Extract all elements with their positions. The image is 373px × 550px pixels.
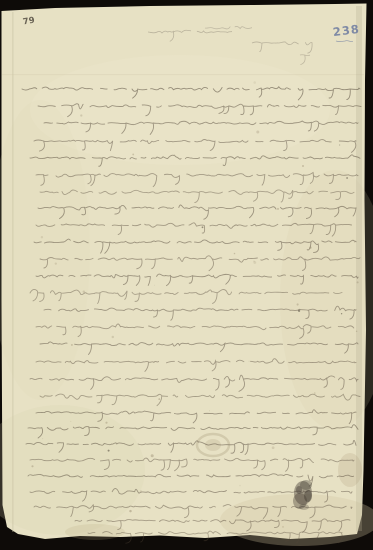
paper-speck <box>42 438 43 439</box>
paper-speck <box>239 485 240 486</box>
paper-speck <box>55 262 57 264</box>
folio-number: 79 <box>22 16 35 28</box>
paper-speck <box>140 490 142 492</box>
paper-speck <box>41 236 43 238</box>
paper-speck <box>174 154 175 155</box>
paper-speck <box>132 153 134 155</box>
right-edge-shadow <box>356 6 362 531</box>
paper-speck <box>234 253 236 255</box>
vertical-fold-crease <box>12 12 14 532</box>
paper-speck <box>356 331 357 332</box>
paper-speck <box>83 291 85 293</box>
paper-speck <box>253 81 256 84</box>
paper-speck <box>314 392 315 393</box>
paper-speck <box>302 165 304 167</box>
manuscript-scan: 79 238 <box>0 0 373 550</box>
paper-speck <box>297 303 299 305</box>
paper-speck <box>277 208 279 210</box>
brown-stain <box>338 453 362 487</box>
paper-speck <box>354 242 355 243</box>
paper-speck <box>272 446 275 449</box>
paper-speck <box>346 177 348 179</box>
paper-speck <box>202 226 204 228</box>
horizontal-fold-crease <box>2 74 364 75</box>
paper-speck <box>151 454 154 457</box>
manuscript-paper-svg: 79 238 <box>0 0 373 550</box>
paper-speck <box>357 281 359 283</box>
paper-speck <box>112 336 114 338</box>
paper-speck <box>70 421 71 422</box>
paper-speck <box>129 510 131 512</box>
paper-speck <box>154 285 155 286</box>
paper-speck <box>105 422 107 424</box>
paper-speck <box>80 114 82 116</box>
bottom-smudge <box>65 524 125 540</box>
paper-speck <box>282 526 284 528</box>
paper-speck <box>158 398 160 400</box>
paper-speck <box>256 131 259 134</box>
paper-speck <box>209 410 210 411</box>
paper-speck <box>71 344 73 346</box>
paper-speck <box>248 361 249 362</box>
paper-speck <box>341 313 342 314</box>
paper-speck <box>309 247 311 249</box>
paper-speck <box>253 261 256 264</box>
paper-speck <box>31 465 33 467</box>
paper-speck <box>108 450 110 452</box>
paper-speck <box>298 310 300 312</box>
paper-speck <box>87 536 89 538</box>
paper-speck <box>339 145 340 146</box>
